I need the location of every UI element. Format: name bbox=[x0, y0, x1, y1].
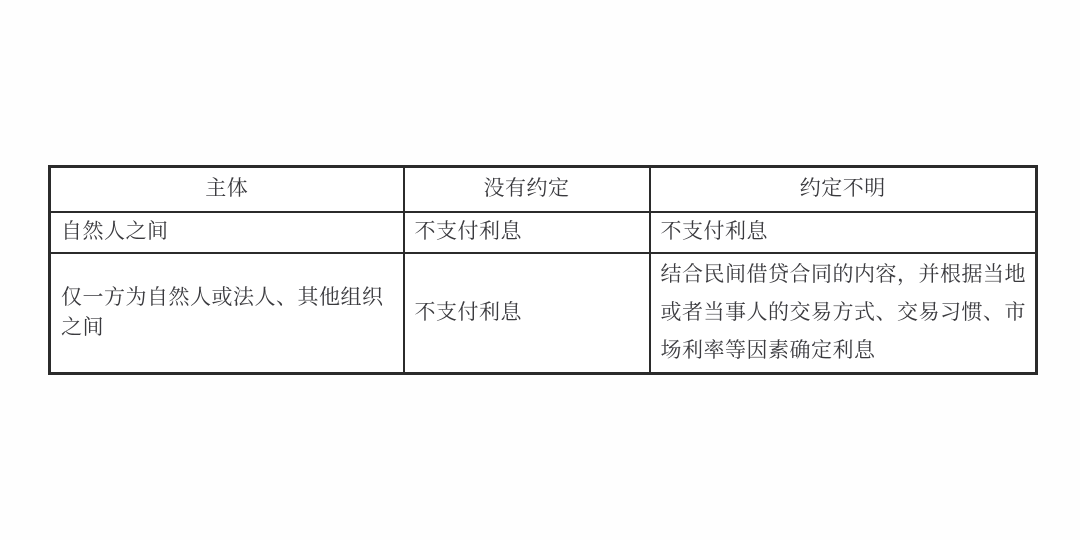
cell-unclear-agreement-mixed-parties: 结合民间借贷合同的内容，并根据当地或者当事人的交易方式、交易习惯、市场利率等因素… bbox=[650, 253, 1037, 374]
cell-no-agreement-natural-persons: 不支付利息 bbox=[404, 212, 650, 253]
cell-subject-mixed-parties: 仅一方为自然人或法人、其他组织之间 bbox=[50, 253, 404, 374]
header-subject: 主体 bbox=[50, 167, 404, 212]
table-header-row: 主体 没有约定 约定不明 bbox=[50, 167, 1037, 212]
header-no-agreement: 没有约定 bbox=[404, 167, 650, 212]
cell-no-agreement-mixed-parties: 不支付利息 bbox=[404, 253, 650, 374]
header-unclear-agreement: 约定不明 bbox=[650, 167, 1037, 212]
table-row: 仅一方为自然人或法人、其他组织之间 不支付利息 结合民间借贷合同的内容，并根据当… bbox=[50, 253, 1037, 374]
interest-rules-table: 主体 没有约定 约定不明 自然人之间 不支付利息 不支付利息 仅一方为自然人或法… bbox=[48, 165, 1035, 375]
table-row: 自然人之间 不支付利息 不支付利息 bbox=[50, 212, 1037, 253]
table: 主体 没有约定 约定不明 自然人之间 不支付利息 不支付利息 仅一方为自然人或法… bbox=[48, 165, 1038, 375]
cell-subject-natural-persons: 自然人之间 bbox=[50, 212, 404, 253]
cell-unclear-agreement-natural-persons: 不支付利息 bbox=[650, 212, 1037, 253]
